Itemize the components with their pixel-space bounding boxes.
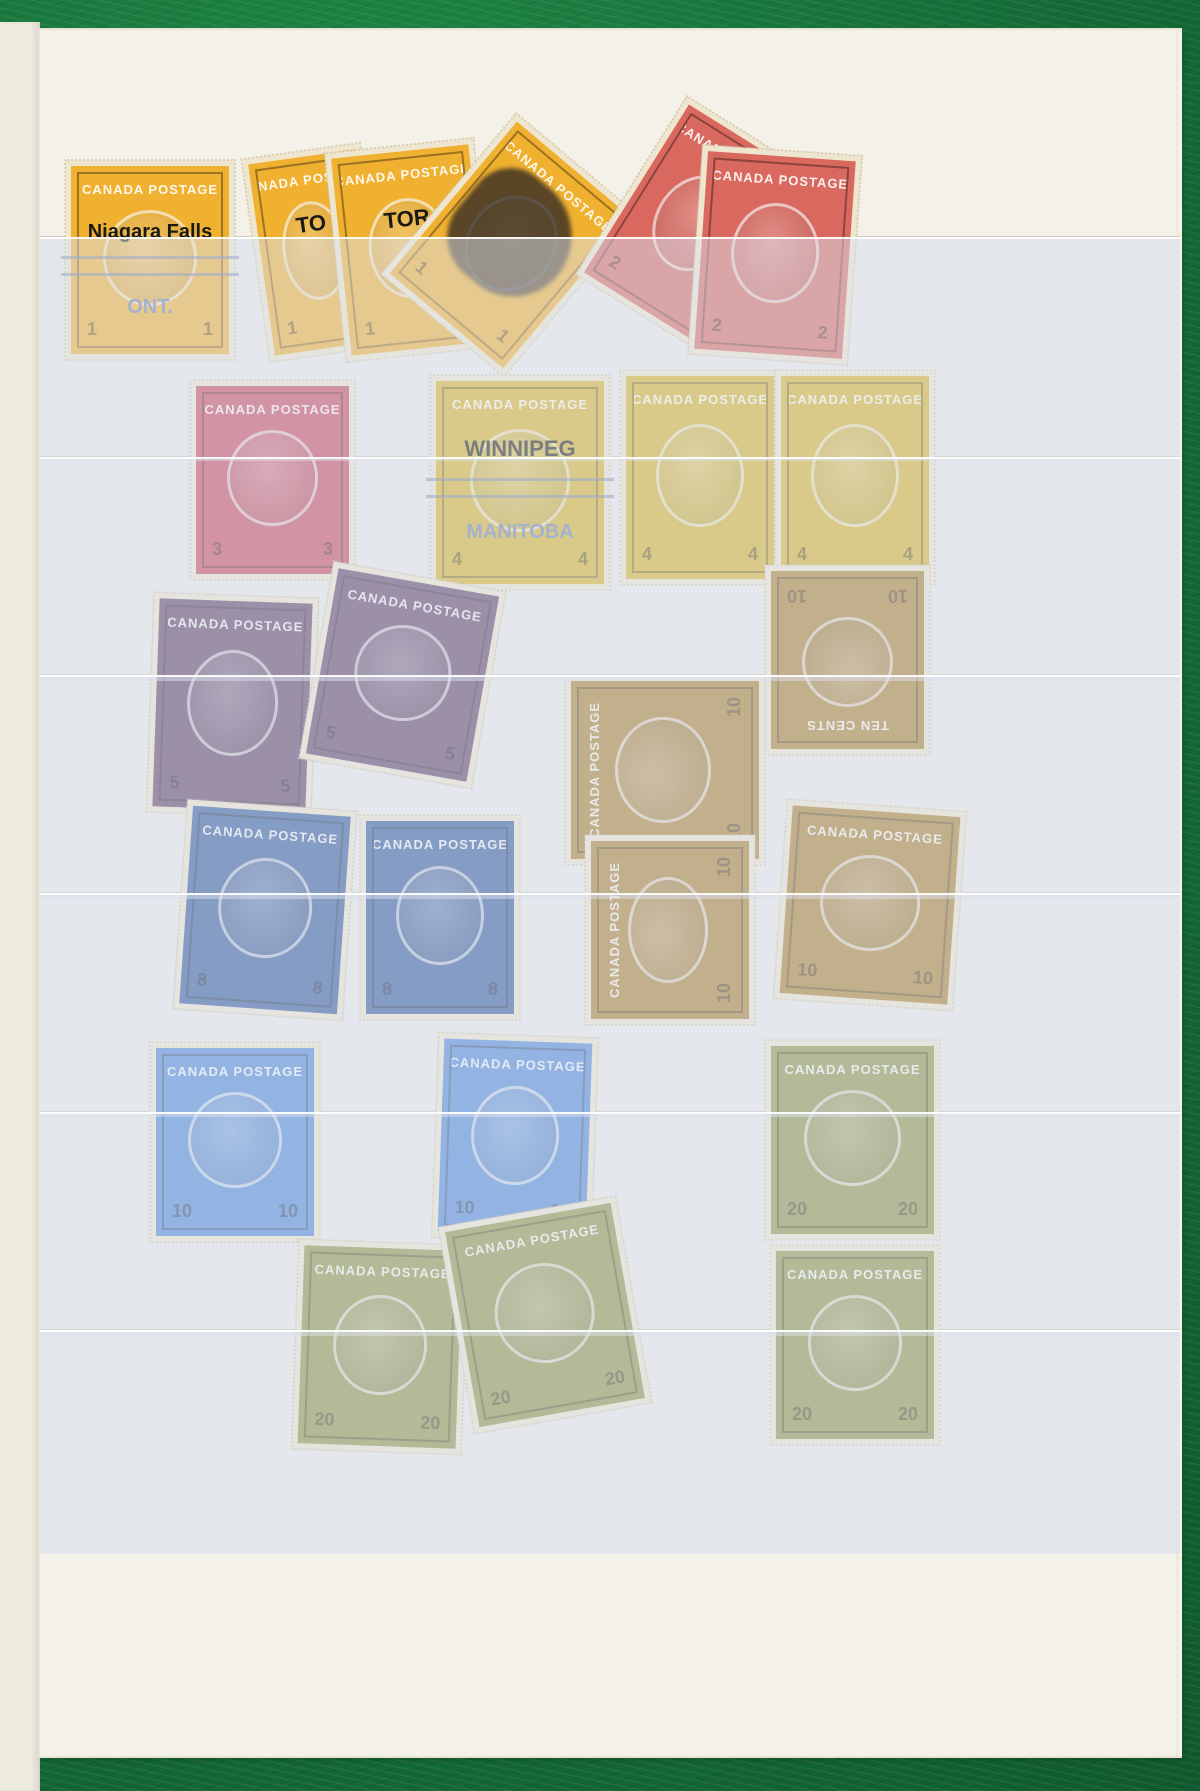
stamp-10c: CANADA POSTAGE1010 (585, 835, 755, 1025)
stamp-legend: CANADA POSTAGE (449, 1055, 586, 1075)
king-portrait-oval (802, 617, 893, 707)
stamp-legend: CANADA POSTAGE (372, 837, 508, 852)
precancel-bars (426, 478, 614, 498)
stamp-frame: CANADA POSTAGE2020 (782, 1257, 928, 1433)
stamp-legend: CANADA POSTAGE (167, 1064, 303, 1079)
stamp-frame: CANADA POSTAGE33 (202, 392, 343, 568)
stamp-legend: CANADA POSTAGE (204, 402, 340, 417)
king-portrait-oval (817, 852, 924, 954)
stamp-legend: CANADA POSTAGE (787, 392, 923, 407)
stamp-10c: CANADA POSTAGE1010 (773, 799, 967, 1011)
stamp-10c: CANADA POSTAGE1010 (150, 1042, 320, 1242)
stamp-frame: CANADA POSTAGE1010 (162, 1054, 308, 1230)
stamp-denomination: 44 (634, 544, 766, 565)
stamp-frame: CANADA POSTAGE1010 (786, 812, 954, 998)
stamp-frame: CANADA POSTAGE1010 (444, 1045, 586, 1231)
stamp-legend: CANADA POSTAGE (787, 1267, 923, 1282)
king-portrait-oval (331, 1293, 428, 1397)
stamp-8c: CANADA POSTAGE88 (173, 799, 357, 1020)
stamp-1c: CANADA POSTAGE11Niagara FallsONT. (65, 160, 235, 360)
stamp-denomination: 1010 (789, 959, 942, 991)
stamp-legend: CANADA POSTAGE (632, 392, 768, 407)
province-precancel: ONT. (71, 296, 229, 319)
stamp-legend: CANADA POSTAGE (346, 586, 483, 624)
stamp-denomination: 2020 (784, 1404, 926, 1425)
stamp-frame: CANADA POSTAGE55 (159, 605, 307, 806)
king-portrait-oval (347, 618, 459, 729)
stamp-frame: CANADA POSTAGE22 (701, 157, 850, 352)
stamp-5c: CANADA POSTAGE55 (146, 592, 319, 818)
stamp-frame: CANADA POSTAGE2020 (452, 1210, 638, 1420)
stamp-frame: CANADA POSTAGE44 (787, 382, 923, 573)
stamp-denomination: 55 (161, 772, 299, 798)
stamp-legend: CANADA POSTAGE (338, 160, 471, 189)
stamp-20c: CANADA POSTAGE2020 (770, 1245, 940, 1445)
stamp-frame: CANADA POSTAGE44 (632, 382, 768, 573)
stamp-4c: CANADA POSTAGE44 (775, 370, 935, 585)
king-portrait-oval (396, 866, 484, 964)
stamp-frame: TEN CENTS1010 (777, 577, 918, 743)
stamp-denomination: 88 (188, 969, 331, 1000)
king-portrait-oval (628, 877, 708, 983)
king-portrait-oval (615, 717, 710, 823)
stamp-20c: CANADA POSTAGE2020 (438, 1196, 652, 1434)
stamp-legend: CANADA POSTAGE (314, 1262, 451, 1282)
stamp-denomination: 1010 (714, 849, 735, 1011)
king-portrait-oval (811, 424, 899, 527)
king-portrait-oval (487, 1255, 603, 1372)
stamp-2c: CANADA POSTAGE22 (688, 145, 862, 366)
stamp-10c: TEN CENTS1010 (765, 565, 930, 755)
stamp-legend: CANADA POSTAGE (452, 397, 588, 412)
king-portrait-oval (469, 1085, 560, 1186)
stamp-denomination: 33 (204, 539, 341, 560)
stamp-3c: CANADA POSTAGE33 (190, 380, 355, 580)
stamp-frame: CANADA POSTAGE1010 (577, 687, 753, 853)
stamp-denomination: 88 (374, 979, 506, 1000)
stamp-legend: CANADA POSTAGE (807, 822, 944, 846)
king-portrait-oval (808, 1295, 902, 1390)
stamp-denomination: 1010 (779, 585, 916, 606)
king-portrait-oval (215, 855, 316, 962)
stamp-legend: CANADA POSTAGE (167, 615, 304, 635)
stamp-frame: CANADA POSTAGE1010 (597, 847, 743, 1013)
stamp-legend: CANADA POSTAGE (202, 822, 339, 846)
stamp-legend: CANADA POSTAGE (607, 862, 622, 998)
stamp-denomination: 2020 (779, 1199, 926, 1220)
stamp-denomination: 22 (703, 314, 836, 344)
stamp-frame: CANADA POSTAGE2020 (777, 1052, 928, 1228)
stamp-legend: TEN CENTS (806, 718, 889, 733)
stamp-denomination: 44 (444, 549, 596, 570)
city-overprint: WINNIPEG (436, 436, 604, 462)
stamp-denomination: 1010 (724, 689, 745, 851)
stamp-denomination: 44 (789, 544, 921, 565)
previous-page-edge (0, 22, 40, 1791)
king-portrait-oval (656, 424, 744, 527)
stamp-frame: CANADA POSTAGE88 (186, 812, 345, 1008)
stamp-8c: CANADA POSTAGE88 (360, 815, 520, 1020)
stamp-denomination: 1010 (164, 1201, 306, 1222)
stamp-legend: CANADA POSTAGE (784, 1062, 920, 1077)
stamp-20c: CANADA POSTAGE2020 (291, 1239, 468, 1455)
king-portrait-oval (728, 200, 823, 307)
province-precancel: MANITOBA (436, 521, 604, 544)
king-portrait-oval (185, 649, 280, 758)
city-overprint: Niagara Falls (71, 221, 229, 244)
stamp-legend: CANADA POSTAGE (712, 167, 849, 191)
stamp-denomination: 11 (79, 319, 221, 340)
stamp-denomination: 2020 (306, 1408, 449, 1434)
king-portrait-oval (804, 1090, 901, 1185)
stamp-5c: CANADA POSTAGE55 (299, 561, 506, 788)
stamp-denomination: 55 (316, 720, 464, 766)
precancel-bars (61, 256, 239, 276)
stamp-legend: CANADA POSTAGE (464, 1221, 601, 1259)
stamp-frame: CANADA POSTAGE55 (313, 575, 492, 775)
stamp-legend: CANADA POSTAGE (587, 702, 602, 838)
stamp-legend: CANADA POSTAGE (82, 182, 218, 197)
stamp-denomination: 2020 (481, 1365, 634, 1412)
stamp-frame: CANADA POSTAGE88 (372, 827, 508, 1008)
king-portrait-oval (227, 430, 318, 525)
stamp-frame: CANADA POSTAGE2020 (304, 1252, 456, 1443)
stamp-20c: CANADA POSTAGE2020 (765, 1040, 940, 1240)
stockbook-page: CANADA POSTAGE11Niagara FallsONT.CANADA … (40, 30, 1180, 1756)
stamp-4c: CANADA POSTAGE44WINNIPEGMANITOBA (430, 375, 610, 590)
stamp-4c: CANADA POSTAGE44 (620, 370, 780, 585)
king-portrait-oval (188, 1092, 282, 1187)
